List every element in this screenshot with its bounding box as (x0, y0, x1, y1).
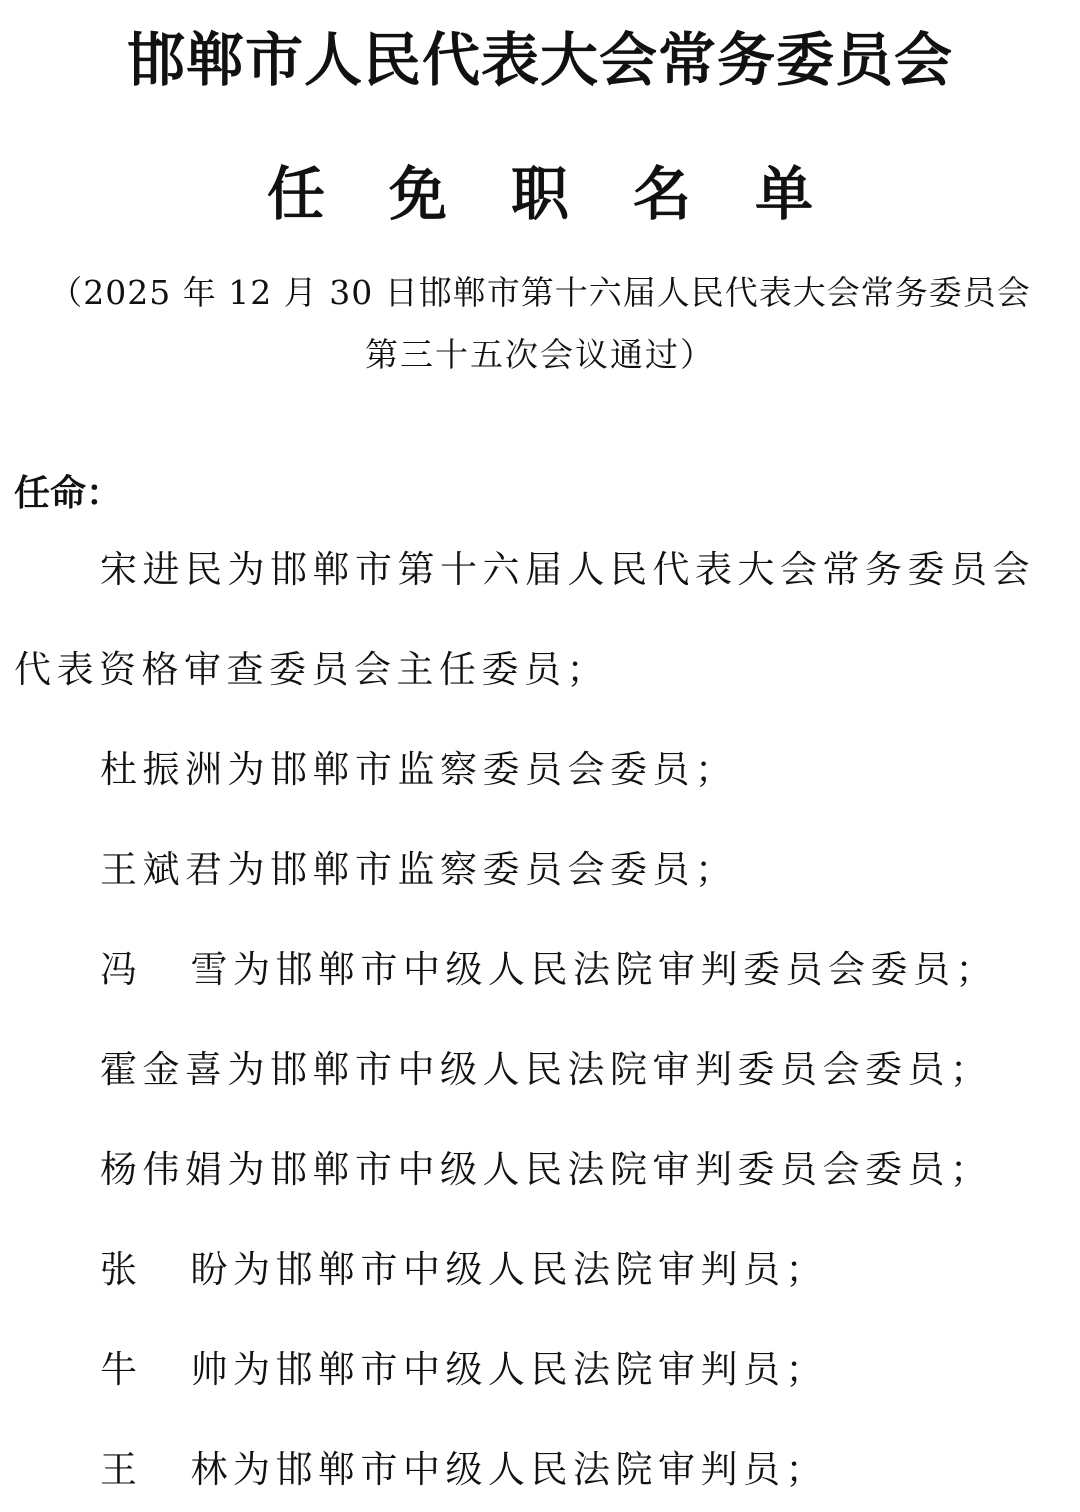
section-label-appoint: 任命： (14, 470, 122, 518)
appointee-name-given: 帅 (191, 1348, 234, 1391)
appointee-name-surname: 张 (100, 1248, 143, 1291)
heading-char: 职 (511, 158, 569, 230)
heading-char: 任 (267, 158, 325, 230)
heading-char: 免 (389, 158, 447, 230)
appointment-item-continuation: 代表资格审查委员会主任委员； (14, 645, 609, 695)
appointment-item: 宋进民为邯郸市第十六届人民代表大会常务委员会 (100, 545, 1035, 595)
appointment-text: 为邯郸市第十六届人民代表大会常务委员会 (228, 548, 1036, 591)
document-title: 邯郸市人民代表大会常务委员会 (0, 22, 1080, 98)
document-subtitle-heading: 任免职名单 (0, 158, 1080, 230)
appointment-item: 杜振洲为邯郸市监察委员会委员； (100, 745, 738, 795)
heading-char: 单 (755, 158, 813, 230)
appointment-text: 为邯郸市中级人民法院审判员； (233, 1348, 828, 1391)
appointment-item: 牛帅为邯郸市中级人民法院审判员； (100, 1345, 828, 1395)
meeting-note-line-2: 第三十五次会议通过） (0, 332, 1080, 378)
meeting-note-line-1: （2025 年 12 月 30 日邯郸市第十六届人民代表大会常务委员会 (0, 270, 1080, 316)
appointment-item: 王林为邯郸市中级人民法院审判员； (100, 1445, 828, 1495)
appointee-name: 杨伟娟 (100, 1148, 228, 1191)
appointee-name: 霍金喜 (100, 1048, 228, 1091)
heading-char: 名 (633, 158, 691, 230)
appointee-name: 宋进民 (100, 548, 228, 591)
appointment-text: 为邯郸市中级人民法院审判员； (233, 1248, 828, 1291)
appointee-name: 杜振洲 (100, 748, 228, 791)
appointee-name-surname: 牛 (100, 1348, 143, 1391)
appointment-text: 为邯郸市中级人民法院审判委员会委员； (233, 948, 998, 991)
appointee-name: 王斌君 (100, 848, 228, 891)
appointment-item: 王斌君为邯郸市监察委员会委员； (100, 845, 738, 895)
appointee-name-surname: 冯 (100, 948, 143, 991)
appointment-item: 杨伟娟为邯郸市中级人民法院审判委员会委员； (100, 1145, 993, 1195)
appointment-text: 为邯郸市中级人民法院审判委员会委员； (228, 1048, 993, 1091)
appointee-name-given: 林 (191, 1448, 234, 1491)
appointment-item: 张盼为邯郸市中级人民法院审判员； (100, 1245, 828, 1295)
appointee-name-given: 雪 (191, 948, 234, 991)
appointment-text: 为邯郸市监察委员会委员； (228, 848, 738, 891)
appointment-text: 为邯郸市中级人民法院审判委员会委员； (228, 1148, 993, 1191)
appointment-item: 冯雪为邯郸市中级人民法院审判委员会委员； (100, 945, 998, 995)
appointment-text: 为邯郸市中级人民法院审判员； (233, 1448, 828, 1491)
appointment-text: 为邯郸市监察委员会委员； (228, 748, 738, 791)
appointment-item: 霍金喜为邯郸市中级人民法院审判委员会委员； (100, 1045, 993, 1095)
appointee-name-surname: 王 (100, 1448, 143, 1491)
appointee-name-given: 盼 (191, 1248, 234, 1291)
